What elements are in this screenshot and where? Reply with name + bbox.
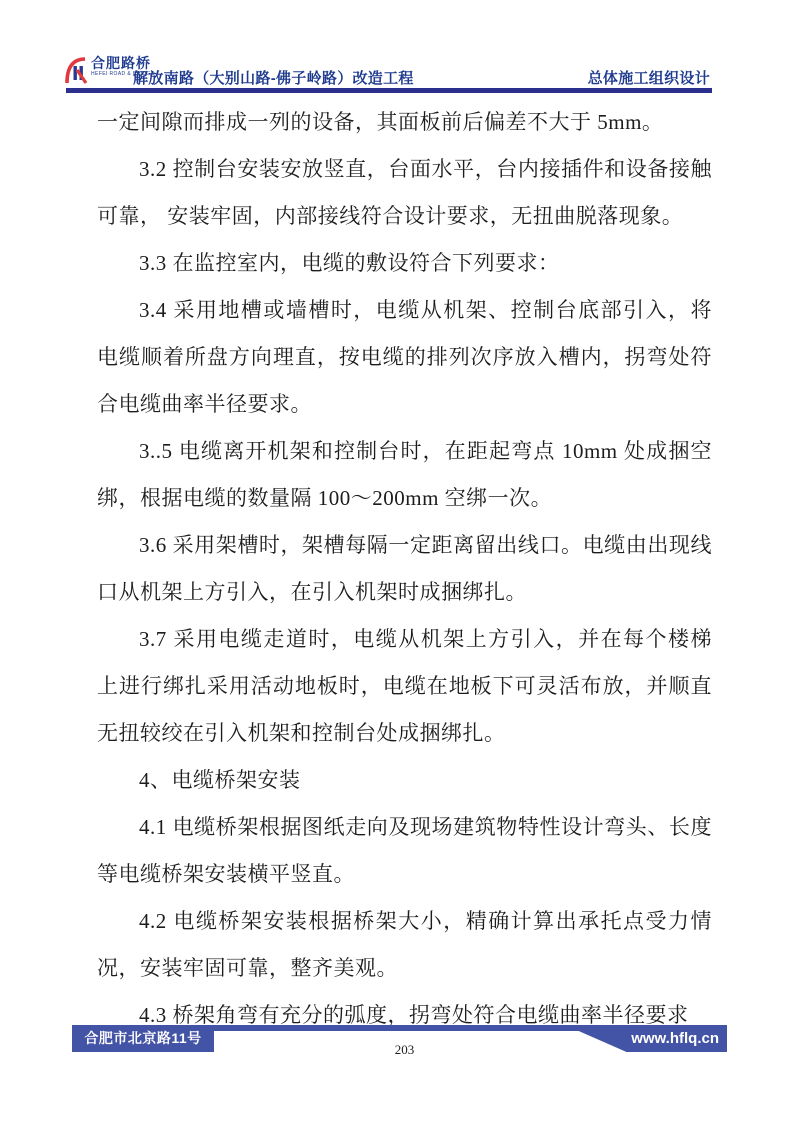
paragraph-3-7: 3.7 采用电缆走道时，电缆从机架上方引入，并在每个楼梯 上进行绑扎采用活动地板… <box>97 616 712 757</box>
page-number: 203 <box>97 1042 712 1058</box>
header-doc-title: 总体施工组织设计 <box>588 67 710 88</box>
document-body: 一定间隙而排成一列的设备，其面板前后偏差不大于 5mm。 3.2 控制台安装安放… <box>97 99 712 1039</box>
paragraph-3-2: 3.2 控制台安装安放竖直，台面水平，台内接插件和设备接触可靠， 安装牢固，内部… <box>97 146 712 240</box>
bridge-logo-icon <box>64 55 88 85</box>
paragraph-3-4: 3.4 采用地槽或墙槽时，电缆从机架、控制台底部引入，将 电缆顺着所盘方向理直，… <box>97 287 712 428</box>
paragraph-3-6: 3.6 采用架槽时，架槽每隔一定距离留出线口。电缆由出现线口从机架上方引入，在引… <box>97 522 712 616</box>
paragraph-3-5: 3..5 电缆离开机架和控制台时，在距起弯点 10mm 处成捆空绑，根据电缆的数… <box>97 428 712 522</box>
paragraph-4-1: 4.1 电缆桥架根据图纸走向及现场建筑物特性设计弯头、长度等电缆桥架安装横平竖直… <box>97 804 712 898</box>
document-page: 合肥路桥 HEFEI ROAD & BRIDGE 解放南路（大别山路-佛子岭路）… <box>0 0 793 1122</box>
paragraph-4-2: 4.2 电缆桥架安装根据桥架大小，精确计算出承托点受力情况，安装牢固可靠，整齐美… <box>97 898 712 992</box>
paragraph-3-3: 3.3 在监控室内，电缆的敷设符合下列要求： <box>97 240 712 287</box>
header-project-title: 解放南路（大别山路-佛子岭路）改造工程 <box>133 67 414 88</box>
paragraph-continuation: 一定间隙而排成一列的设备，其面板前后偏差不大于 5mm。 <box>97 99 712 146</box>
header-divider-rule <box>66 88 712 93</box>
heading-section-4: 4、电缆桥架安装 <box>97 757 712 804</box>
